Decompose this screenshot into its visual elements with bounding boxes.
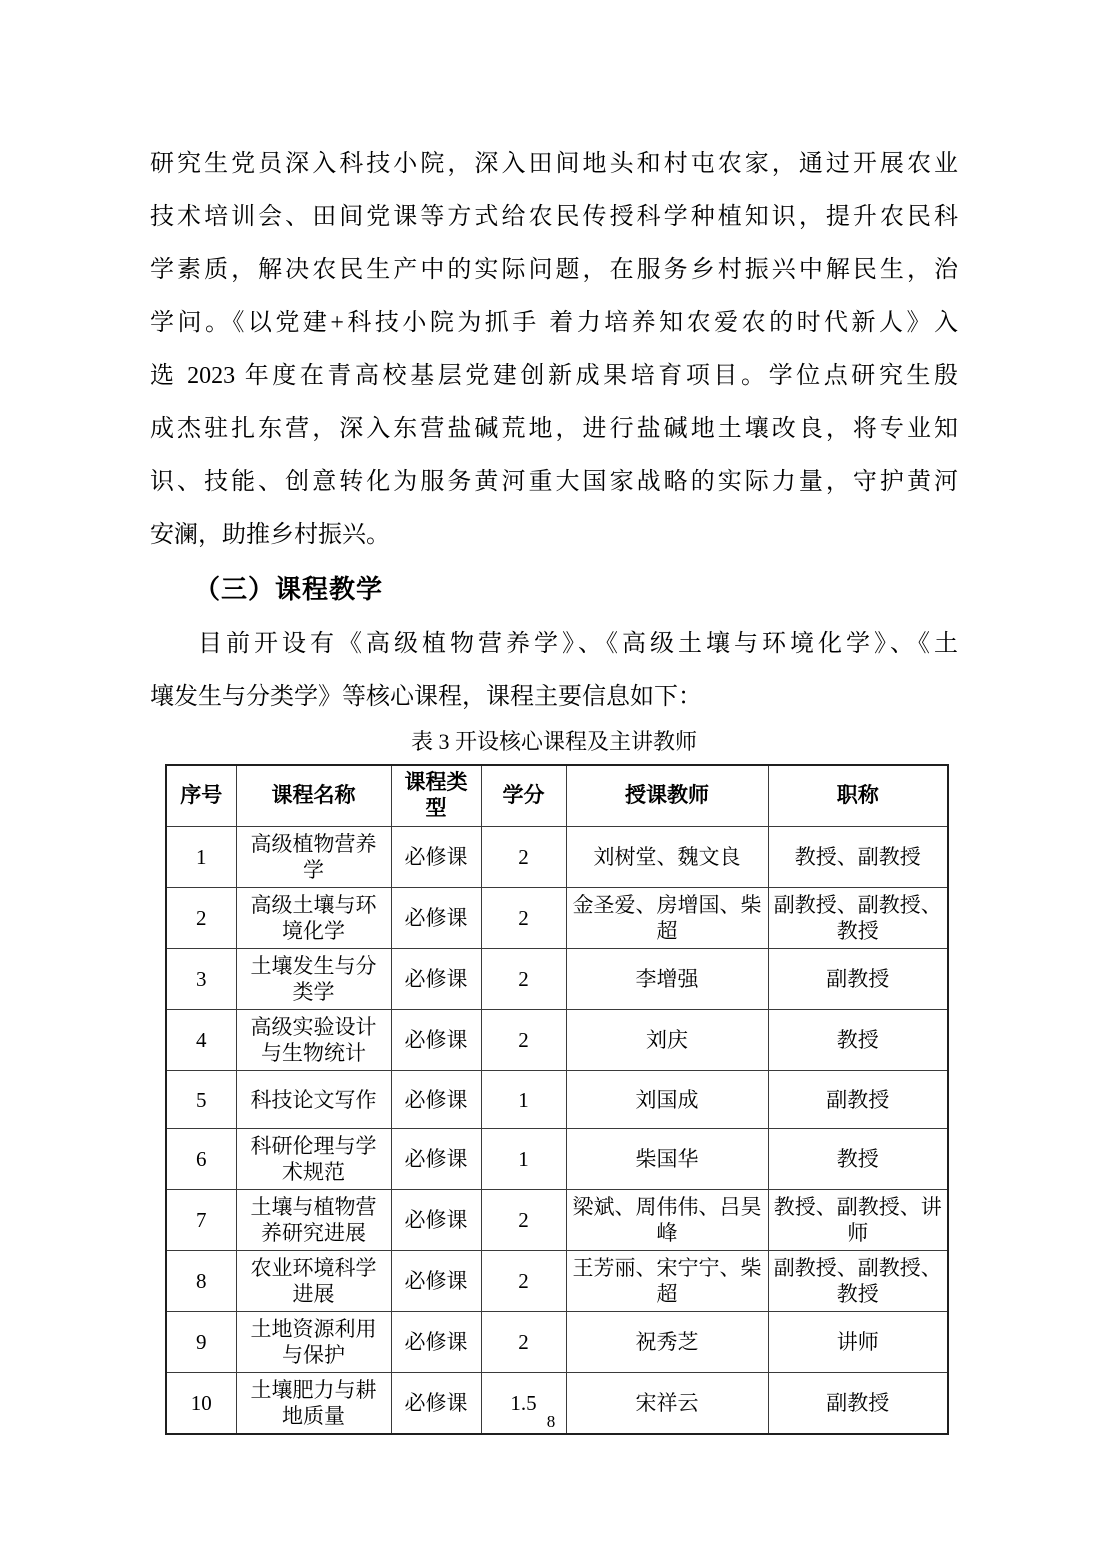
table-caption: 表 3 开设核心课程及主讲教师 xyxy=(150,726,958,758)
cell-course-type: 必修课 xyxy=(391,1071,481,1129)
cell-course-name: 高级实验设计与生物统计 xyxy=(236,1010,391,1071)
cell-teachers: 刘庆 xyxy=(566,1010,768,1071)
cell-index: 2 xyxy=(166,888,236,949)
cell-course-type: 必修课 xyxy=(391,827,481,888)
paragraph-line: 识、技能、创意转化为服务黄河重大国家战略的实际力量，守护黄河 xyxy=(150,456,958,509)
cell-credits: 2 xyxy=(481,827,566,888)
cell-course-name: 高级植物营养学 xyxy=(236,827,391,888)
cell-teachers: 祝秀芝 xyxy=(566,1312,768,1373)
cell-title: 教授、副教授 xyxy=(768,827,948,888)
cell-course-type: 必修课 xyxy=(391,888,481,949)
cell-course-name: 高级土壤与环境化学 xyxy=(236,888,391,949)
cell-index: 8 xyxy=(166,1251,236,1312)
header-row: 序号 课程名称 课程类型 学分 授课教师 职称 xyxy=(166,765,948,827)
cell-title: 副教授、副教授、教授 xyxy=(768,1251,948,1312)
cell-index: 4 xyxy=(166,1010,236,1071)
cell-title: 讲师 xyxy=(768,1312,948,1373)
paragraph-line: 目前开设有《高级植物营养学》、《高级土壤与环境化学》、《土 xyxy=(150,618,958,671)
cell-index: 1 xyxy=(166,827,236,888)
cell-credits: 2 xyxy=(481,1190,566,1251)
cell-course-name: 土壤发生与分类学 xyxy=(236,949,391,1010)
document-page: { "page": { "number": "8" }, "paragraph1… xyxy=(0,0,1102,1559)
header-credits: 学分 xyxy=(481,765,566,827)
table-row: 7土壤与植物营养研究进展必修课2梁斌、周伟伟、吕昊峰教授、副教授、讲师 xyxy=(166,1190,948,1251)
cell-index: 6 xyxy=(166,1129,236,1190)
cell-title: 副教授 xyxy=(768,1071,948,1129)
cell-course-type: 必修课 xyxy=(391,949,481,1010)
cell-title: 副教授、副教授、教授 xyxy=(768,888,948,949)
header-course-type: 课程类型 xyxy=(391,765,481,827)
paragraph-line: 技术培训会、田间党课等方式给农民传授科学种植知识，提升农民科 xyxy=(150,191,958,244)
paragraph-line: 壤发生与分类学》等核心课程，课程主要信息如下： xyxy=(150,671,958,724)
header-course-name: 课程名称 xyxy=(236,765,391,827)
cell-course-type: 必修课 xyxy=(391,1251,481,1312)
header-index: 序号 xyxy=(166,765,236,827)
table-row: 8农业环境科学进展必修课2王芳丽、宋宁宁、柴超副教授、副教授、教授 xyxy=(166,1251,948,1312)
cell-teachers: 柴国华 xyxy=(566,1129,768,1190)
cell-index: 7 xyxy=(166,1190,236,1251)
cell-course-name: 科技论文写作 xyxy=(236,1071,391,1129)
cell-course-name: 农业环境科学进展 xyxy=(236,1251,391,1312)
cell-credits: 2 xyxy=(481,949,566,1010)
cell-teachers: 金圣爱、房增国、柴超 xyxy=(566,888,768,949)
cell-course-name: 土地资源利用与保护 xyxy=(236,1312,391,1373)
cell-course-name: 土壤与植物营养研究进展 xyxy=(236,1190,391,1251)
cell-credits: 1 xyxy=(481,1129,566,1190)
cell-course-type: 必修课 xyxy=(391,1129,481,1190)
section-heading: （三）课程教学 xyxy=(194,572,958,606)
course-table-header: 序号 课程名称 课程类型 学分 授课教师 职称 xyxy=(166,765,948,827)
paragraph-line: 研究生党员深入科技小院，深入田间地头和村屯农家，通过开展农业 xyxy=(150,138,958,191)
cell-course-type: 必修课 xyxy=(391,1312,481,1373)
cell-credits: 2 xyxy=(481,1312,566,1373)
table-row: 9土地资源利用与保护必修课2祝秀芝讲师 xyxy=(166,1312,948,1373)
cell-credits: 2 xyxy=(481,1010,566,1071)
paragraph-line: 成杰驻扎东营，深入东营盐碱荒地，进行盐碱地土壤改良，将专业知 xyxy=(150,403,958,456)
table-row: 3土壤发生与分类学必修课2李增强副教授 xyxy=(166,949,948,1010)
header-title: 职称 xyxy=(768,765,948,827)
cell-index: 5 xyxy=(166,1071,236,1129)
cell-teachers: 刘树堂、魏文良 xyxy=(566,827,768,888)
paragraph-line: 学素质，解决农民生产中的实际问题，在服务乡村振兴中解民生，治 xyxy=(150,244,958,297)
table-row: 4高级实验设计与生物统计必修课2刘庆教授 xyxy=(166,1010,948,1071)
cell-teachers: 李增强 xyxy=(566,949,768,1010)
cell-teachers: 刘国成 xyxy=(566,1071,768,1129)
paragraph-line: 安澜，助推乡村振兴。 xyxy=(150,509,958,562)
cell-title: 副教授 xyxy=(768,949,948,1010)
cell-teachers: 王芳丽、宋宁宁、柴超 xyxy=(566,1251,768,1312)
cell-credits: 1 xyxy=(481,1071,566,1129)
cell-course-type: 必修课 xyxy=(391,1010,481,1071)
table-row: 2高级土壤与环境化学必修课2金圣爱、房增国、柴超副教授、副教授、教授 xyxy=(166,888,948,949)
table-row: 5科技论文写作必修课1刘国成副教授 xyxy=(166,1071,948,1129)
page-number: 8 xyxy=(0,1412,1102,1432)
cell-title: 教授 xyxy=(768,1010,948,1071)
course-table: 序号 课程名称 课程类型 学分 授课教师 职称 1高级植物营养学必修课2刘树堂、… xyxy=(165,764,949,1435)
paragraph-line: 学问。《以党建+科技小院为抓手 着力培养知农爱农的时代新人》入 xyxy=(150,297,958,350)
table-row: 1高级植物营养学必修课2刘树堂、魏文良教授、副教授 xyxy=(166,827,948,888)
cell-teachers: 梁斌、周伟伟、吕昊峰 xyxy=(566,1190,768,1251)
cell-credits: 2 xyxy=(481,1251,566,1312)
table-row: 6科研伦理与学术规范必修课1柴国华教授 xyxy=(166,1129,948,1190)
cell-index: 9 xyxy=(166,1312,236,1373)
cell-title: 教授 xyxy=(768,1129,948,1190)
paragraph-line: 选 2023 年度在青高校基层党建创新成果培育项目。学位点研究生殷 xyxy=(150,350,958,403)
page-content: 研究生党员深入科技小院，深入田间地头和村屯农家，通过开展农业 技术培训会、田间党… xyxy=(150,0,958,1435)
header-teachers: 授课教师 xyxy=(566,765,768,827)
course-table-tbody: 1高级植物营养学必修课2刘树堂、魏文良教授、副教授2高级土壤与环境化学必修课2金… xyxy=(166,827,948,1435)
paragraph-1: 研究生党员深入科技小院，深入田间地头和村屯农家，通过开展农业 技术培训会、田间党… xyxy=(150,138,958,562)
cell-title: 教授、副教授、讲师 xyxy=(768,1190,948,1251)
cell-index: 3 xyxy=(166,949,236,1010)
paragraph-2: 目前开设有《高级植物营养学》、《高级土壤与环境化学》、《土 壤发生与分类学》等核… xyxy=(150,618,958,724)
cell-course-name: 科研伦理与学术规范 xyxy=(236,1129,391,1190)
cell-course-type: 必修课 xyxy=(391,1190,481,1251)
cell-credits: 2 xyxy=(481,888,566,949)
